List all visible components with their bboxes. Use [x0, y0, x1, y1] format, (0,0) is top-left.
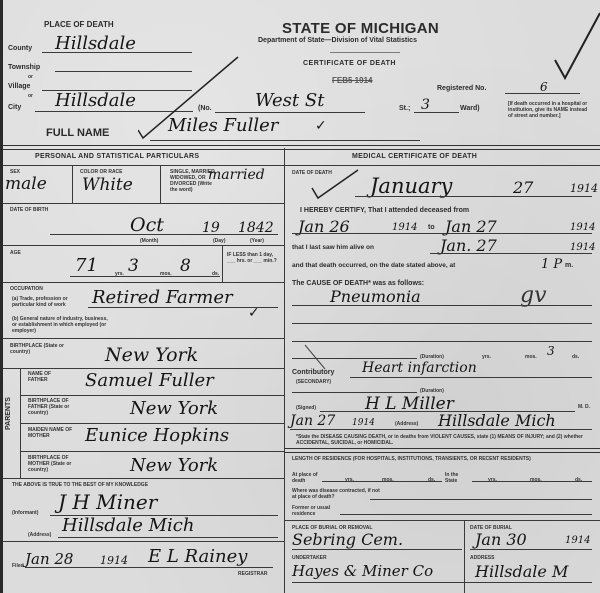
scan-edge — [0, 0, 3, 593]
death-time: 1 P — [541, 257, 562, 272]
age-years: 71 — [75, 255, 98, 276]
mother-birthplace-label: BIRTHPLACE OF MOTHER (State or country) — [28, 455, 88, 473]
contributory-value: Heart infarction — [362, 360, 477, 376]
cause-label: The CAUSE OF DEATH* was as follows: — [292, 280, 424, 287]
registered-no-label: Registered No. — [437, 85, 486, 92]
place-of-death-label: PLACE OF DEATH — [44, 20, 114, 29]
occupation-industry-label: (b) General nature of industry, business… — [12, 316, 112, 334]
birthplace-value: New York — [105, 344, 198, 366]
check-mark-icon — [545, 10, 600, 85]
township-label: Township — [8, 64, 40, 71]
cross-mark-icon — [300, 342, 330, 372]
ward-label: Ward) — [460, 105, 480, 112]
physician-address: Hillsdale Mich — [438, 411, 556, 430]
informant-address: Hillsdale Mich — [62, 515, 194, 536]
sex-value: male — [5, 174, 47, 194]
at-place-label: At place of death — [292, 472, 322, 484]
attended-from-year: 1914 — [392, 222, 417, 233]
undertaker-address-label: ADDRESS — [470, 555, 494, 561]
county-value: Hillsdale — [55, 33, 136, 54]
color-value: White — [82, 175, 133, 195]
duration-mos: 3 — [547, 344, 555, 358]
yrs-label: yrs. — [488, 477, 497, 483]
dob-label: DATE OF BIRTH — [10, 207, 48, 213]
mos-label: mos. — [382, 477, 394, 483]
ward-value: 3 — [421, 97, 430, 113]
last-seen-year: 1914 — [570, 242, 595, 253]
mother-birthplace: New York — [130, 455, 218, 476]
filed-label: Filed — [12, 563, 24, 569]
duration-yrs-label: yrs. — [482, 354, 491, 360]
or-label: or — [28, 93, 33, 99]
dob-month: Oct — [130, 214, 164, 236]
occupation-trade-label: (a) Trade, profession or particular kind… — [12, 296, 87, 308]
death-month: January — [370, 174, 452, 198]
city-value: Hillsdale — [55, 90, 136, 111]
occupation-value: Retired Farmer — [92, 287, 233, 308]
md-label: M. D. — [578, 404, 590, 410]
check-mark-icon — [310, 168, 360, 200]
or-label: or — [28, 74, 33, 80]
contracted-label: Where was disease contracted, if not at … — [292, 488, 382, 500]
ds-label: ds. — [428, 477, 435, 483]
attended-to-year: 1914 — [570, 222, 595, 233]
st-label: St.; — [399, 105, 410, 112]
filed-year: 1914 — [100, 554, 128, 567]
physician-address-label: (Address) — [395, 421, 418, 427]
city-label: City — [8, 104, 21, 111]
day-caption: (Day) — [213, 238, 226, 244]
less-than-label: IF LESS than 1 day, ___ hrs. or ___ min.… — [227, 252, 279, 264]
duration-mos-label: mos. — [525, 354, 537, 360]
department-label: Department of State—Division of Vital St… — [258, 37, 417, 44]
file-stamp: FEB5 1914 — [332, 76, 372, 85]
personal-section-title: PERSONAL AND STATISTICAL PARTICULARS — [35, 153, 199, 160]
burial-date: Jan 30 — [475, 530, 527, 549]
check-mark-icon: ✓ — [248, 305, 260, 321]
registrar-signature: E L Rainey — [148, 546, 247, 567]
signed-label: (Signed) — [296, 405, 316, 411]
father-name-label: NAME OF FATHER — [28, 371, 68, 383]
undertaker-label: UNDERTAKER — [292, 555, 327, 561]
hospital-note: [If death occurred in a hospital or inst… — [508, 101, 593, 119]
death-time-suffix: m. — [565, 262, 573, 269]
death-certificate: PLACE OF DEATH STATE OF MICHIGAN Departm… — [0, 0, 600, 593]
filed-date: Jan 28 — [25, 550, 73, 568]
full-name-label: FULL NAME — [46, 127, 109, 139]
registrar-label: REGISTRAR — [238, 571, 267, 577]
yrs-label: yrs. — [345, 477, 354, 483]
street-value: West St — [255, 90, 324, 111]
month-caption: (Month) — [140, 238, 158, 244]
signed-date: Jan 27 — [290, 413, 335, 429]
informant-statement: THE ABOVE IS TRUE TO THE BEST OF MY KNOW… — [12, 482, 148, 488]
mos-label: mos. — [530, 477, 542, 483]
mother-name-label: MAIDEN NAME OF MOTHER — [28, 427, 88, 439]
informant-label: (Informant) — [12, 510, 38, 516]
age-label: AGE — [10, 250, 21, 256]
former-residence-label: Former or usual residence — [292, 505, 352, 517]
undertaker-address: Hillsdale M — [475, 562, 568, 581]
birthplace-label: BIRTHPLACE (State or country) — [10, 343, 70, 355]
marital-value: married — [208, 167, 265, 183]
age-months: 3 — [128, 256, 139, 276]
year-caption: (Year) — [250, 238, 264, 244]
county-label: County — [8, 45, 32, 52]
state-title: STATE OF MICHIGAN — [282, 20, 439, 37]
father-name: Samuel Fuller — [85, 370, 214, 391]
occupation-label: OCCUPATION — [10, 286, 43, 292]
cause-footnote: *State the DISEASE CAUSING DEATH, or in … — [296, 434, 591, 446]
mother-name: Eunice Hopkins — [85, 425, 229, 446]
father-birthplace-label: BIRTHPLACE OF FATHER (State or country) — [28, 398, 88, 416]
parents-side-label: PARENTS — [5, 397, 12, 430]
death-time-label: and that death occurred, on the date sta… — [292, 262, 455, 269]
residence-label: LENGTH OF RESIDENCE (FOR HOSPITALS, INST… — [292, 456, 592, 462]
signed-year: 1914 — [352, 418, 375, 428]
father-birthplace: New York — [130, 398, 218, 419]
to-label: to — [428, 224, 435, 231]
medical-section-title: MEDICAL CERTIFICATE OF DEATH — [352, 153, 477, 160]
death-year: 1914 — [570, 182, 598, 195]
secondary-label: (SECONDARY) — [296, 379, 331, 385]
check-mark-icon: ✓ — [315, 118, 327, 134]
village-label: Village — [8, 83, 30, 90]
contributory-label: Contributory — [292, 369, 334, 376]
in-state-label: In the State — [445, 472, 470, 484]
burial-place: Sebring Cem. — [292, 530, 403, 549]
age-days: 8 — [180, 256, 191, 276]
informant-address-label: (Address) — [28, 532, 51, 538]
certify-text: I HEREBY CERTIFY, That I attended deceas… — [300, 207, 469, 214]
undertaker-value: Hayes & Miner Co — [292, 562, 433, 580]
full-name-value: Miles Fuller — [168, 115, 278, 136]
last-seen-label: that I last saw him alive on — [292, 244, 374, 251]
burial-year: 1914 — [565, 535, 590, 546]
death-day: 27 — [513, 178, 533, 197]
informant-value: J H Miner — [58, 490, 157, 514]
duration-ds-label: ds. — [572, 354, 579, 360]
certificate-title: CERTIFICATE OF DEATH — [303, 60, 396, 67]
ds-label: ds. — [575, 477, 582, 483]
cause-value: Pneumonia — [330, 287, 421, 306]
